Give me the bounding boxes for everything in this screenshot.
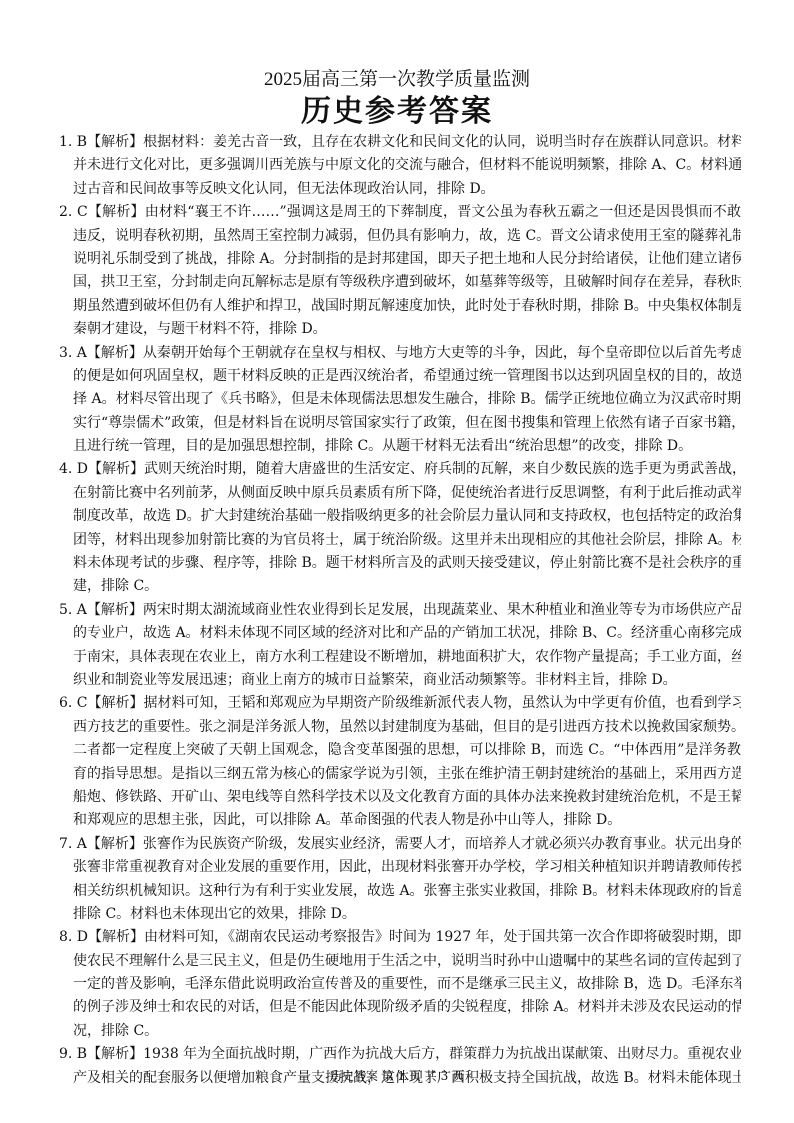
answer-line: 国，拱卫王室，分封制走向瓦解标志是原有等级秩序遭到破坏，如墓葬等级等，且破解时间… xyxy=(59,271,741,294)
answer-line: 9. B【解析】1938 年为全面抗战时期，广西作为抗战大后方，群策群力为抗战出… xyxy=(59,1043,741,1066)
answer-line: 二者都一定程度上突破了天朝上国观念，隐含变革图强的思想，可以排除 B，而选 C。… xyxy=(59,739,741,762)
answer-line: 择 A。材料尽管出现了《兵书略》，但是未体现儒法思想发生融合，排除 B。儒学正统… xyxy=(59,388,741,411)
answer-list: 1. B【解析】根据材料：姜羌古音一致，且存在农耕文化和民间文化的认同，说明当时… xyxy=(59,131,741,1090)
answer-item-8: 8. D【解析】由材料可知，《湖南农民运动考察报告》时间为 1927 年，处于国… xyxy=(59,926,741,1043)
answer-line: 西方技艺的重要性。张之洞是洋务派人物，虽然以封建制度为基础，但目的是引进西方技术… xyxy=(59,716,741,739)
page-footer: 历史答案 第 1 页 共 3 页 xyxy=(0,1067,794,1084)
answer-line: 排除 C。材料也未体现出它的效果，排除 D。 xyxy=(59,903,741,926)
answer-line: 5. A【解析】两宋时期太湖流域商业性农业得到长足发展，出现蔬菜业、果木种植业和… xyxy=(59,599,741,622)
answer-line: 的例子涉及绅士和农民的对话，但是不能因此体现阶级矛盾的尖锐程度，排除 A。材料并… xyxy=(59,996,741,1019)
answer-line: 8. D【解析】由材料可知，《湖南农民运动考察报告》时间为 1927 年，处于国… xyxy=(59,926,741,949)
answer-item-4: 4. D【解析】武则天统治时期，随着大唐盛世的生活安定、府兵制的瓦解，来自少数民… xyxy=(59,458,741,598)
answer-line: 实行“尊崇儒术”政策，但是材料旨在说明尽管国家实行了政策，但在图书搜集和管理上依… xyxy=(59,412,741,435)
answer-item-5: 5. A【解析】两宋时期太湖流域商业性农业得到长足发展，出现蔬菜业、果木种植业和… xyxy=(59,599,741,693)
answer-line: 和郑观应的思想主张，因此，可以排除 A。革命图强的代表人物是孙中山等人，排除 D… xyxy=(59,809,741,832)
answer-line: 3. A【解析】从秦朝开始每个王朝就存在皇权与相权、与地方大吏等的斗争，因此，每… xyxy=(59,342,741,365)
answer-line: 的便是如何巩固皇权，题干材料反映的正是西汉统治者，希望通过统一管理图书以达到巩固… xyxy=(59,365,741,388)
page-title: 历史参考答案 xyxy=(0,86,794,130)
answer-line: 6. C【解析】据材料可知，王韬和郑观应为早期资产阶级维新派代表人物，虽然认为中… xyxy=(59,692,741,715)
answer-line: 船炮、修铁路、开矿山、架电线等自然科学技术以及文化教育方面的具体办法来挽救封建统… xyxy=(59,786,741,809)
answer-line: 4. D【解析】武则天统治时期，随着大唐盛世的生活安定、府兵制的瓦解，来自少数民… xyxy=(59,458,741,481)
answer-line: 相关纺织机械知识。这种行为有利于实业发展，故选 A。张謇主张实业救国，排除 B。… xyxy=(59,880,741,903)
answer-line: 育的指导思想。是指以三纲五常为核心的儒家学说为引领，主张在维护清王朝封建统治的基… xyxy=(59,763,741,786)
answer-item-2: 2. C【解析】由材料“襄王不许……”强调这是周王的下葬制度，晋文公虽为春秋五霸… xyxy=(59,201,741,341)
answer-item-1: 1. B【解析】根据材料：姜羌古音一致，且存在农耕文化和民间文化的认同，说明当时… xyxy=(59,131,741,201)
answer-line: 一定的普及影响，毛泽东借此说明政治宣传普及的重要性，而不是继承三民主义，故排除 … xyxy=(59,973,741,996)
answer-line: 建，排除 C。 xyxy=(59,575,741,598)
answer-item-3: 3. A【解析】从秦朝开始每个王朝就存在皇权与相权、与地方大吏等的斗争，因此，每… xyxy=(59,342,741,459)
answer-line: 在射箭比赛中名列前茅，从侧面反映中原兵员素质有所下降，促使统治者进行反思调整，有… xyxy=(59,482,741,505)
answer-line: 于南宋，具体表现在农业上，南方水利工程建设不断增加，耕地面积扩大，农作物产量提高… xyxy=(59,646,741,669)
answer-line: 料未体现考试的步骤、程序等，排除 B。题干材料所言及的武则天接受建议，停止射箭比… xyxy=(59,552,741,575)
answer-line: 团等，材料出现参加射箭比赛的为官员将士，属于统治阶级。这里并未出现相应的其他社会… xyxy=(59,529,741,552)
answer-line: 2. C【解析】由材料“襄王不许……”强调这是周王的下葬制度，晋文公虽为春秋五霸… xyxy=(59,201,741,224)
answer-line: 违反，说明春秋初期，虽然周王室控制力减弱，但仍具有影响力，故，选 C。晋文公请求… xyxy=(59,225,741,248)
answer-line: 并未进行文化对比，更多强调川西羌族与中原文化的交流与融合，但材料不能说明频繁，排… xyxy=(59,154,741,177)
answer-line: 过古音和民间故事等反映文化认同，但无法体现政治认同，排除 D。 xyxy=(59,178,741,201)
answer-item-7: 7. A【解析】张謇作为民族资产阶级，发展实业经济，需要人才，而培养人才就必须兴… xyxy=(59,833,741,927)
answer-line: 1. B【解析】根据材料：姜羌古音一致，且存在农耕文化和民间文化的认同，说明当时… xyxy=(59,131,741,154)
answer-line: 秦朝才建设，与题干材料不符，排除 D。 xyxy=(59,318,741,341)
answer-line: 说明礼乐制受到了挑战，排除 A。分封制指的是封邦建国，即天子把土地和人民分封给诸… xyxy=(59,248,741,271)
answer-line: 况，排除 C。 xyxy=(59,1020,741,1043)
answer-line: 期虽然遭到破坏但仍有人维护和捍卫，战国时期瓦解速度加快，此时处于春秋时期，排除 … xyxy=(59,295,741,318)
answer-line: 织业和制瓷业等发展迅速；商业上南方的城市日益繁荣，商业活动频繁等。非材料主旨，排… xyxy=(59,669,741,692)
answer-item-6: 6. C【解析】据材料可知，王韬和郑观应为早期资产阶级维新派代表人物，虽然认为中… xyxy=(59,692,741,832)
answer-line: 的专业户，故选 A。材料未体现不同区域的经济对比和产品的产销加工状况，排除 B、… xyxy=(59,622,741,645)
answer-line: 张謇非常重视教育对企业发展的重要作用，因此，出现材料张謇开办学校，学习相关种植知… xyxy=(59,856,741,879)
answer-line: 7. A【解析】张謇作为民族资产阶级，发展实业经济，需要人才，而培养人才就必须兴… xyxy=(59,833,741,856)
answer-line: 且进行统一管理，目的是加强思想控制，排除 C。从题干材料无法看出“统治思想”的改… xyxy=(59,435,741,458)
answer-line: 使农民不理解什么是三民主义，但是仍生硬地用于生活之中，说明当时孙中山遗嘱中的某些… xyxy=(59,950,741,973)
answer-line: 制度改革，故选 D。扩大封建统治基础一般指吸纳更多的社会阶层力量认同和支持政权，… xyxy=(59,505,741,528)
